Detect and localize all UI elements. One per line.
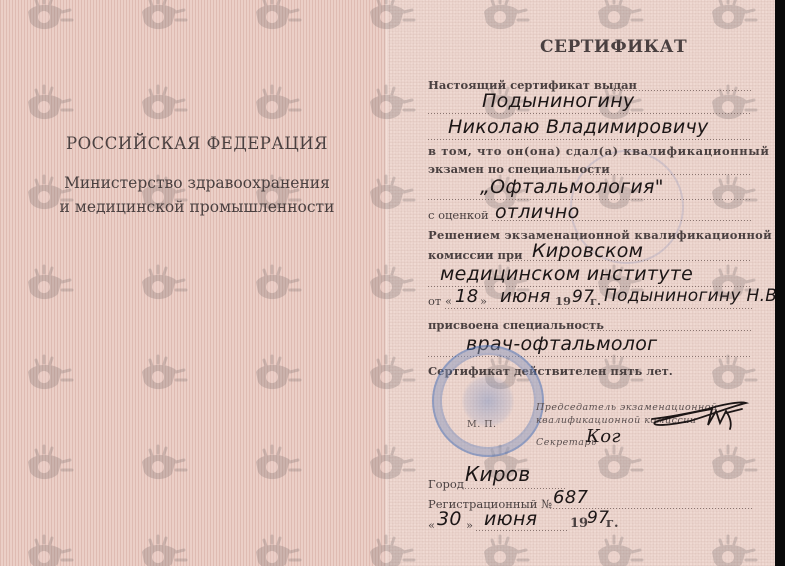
- city-value: Киров: [465, 462, 530, 486]
- date-mid: »: [480, 294, 487, 308]
- city-label: Город: [428, 477, 464, 491]
- dotted-line: [445, 308, 752, 309]
- institution-line-1: Кировском: [532, 240, 643, 262]
- assigned-label: присвоена специальность: [428, 318, 604, 332]
- dotted-line: [428, 199, 752, 200]
- dotted-line: [588, 330, 752, 331]
- issue-date-close: »: [466, 518, 473, 532]
- stamp-place-label: М. П.: [467, 419, 497, 430]
- decision-year-g: г.: [590, 294, 601, 308]
- recipient-short-name: Подыниногину Н.В.: [604, 286, 775, 306]
- issue-day: 30: [437, 508, 462, 530]
- issue-date-open: «: [428, 518, 435, 532]
- dotted-line: [590, 174, 752, 175]
- dotted-line: [512, 260, 752, 261]
- recipient-name-patronymic: Николаю Владимировичу: [448, 116, 709, 138]
- registration-number: 687: [553, 487, 588, 508]
- left-header: РОССИЙСКАЯ ФЕДЕРАЦИЯ Министерство здраво…: [0, 134, 388, 219]
- dotted-line: [550, 508, 752, 509]
- decision-day: 18: [455, 286, 479, 307]
- recipient-surname: Подыниногину: [482, 90, 634, 112]
- official-stamp: [432, 345, 544, 457]
- left-page: [0, 0, 388, 566]
- scan-border: [775, 0, 785, 566]
- country-name: РОССИЙСКАЯ ФЕДЕРАЦИЯ: [0, 134, 388, 153]
- institution-line-2: медицинском институте: [440, 263, 693, 285]
- passed-exam-text: в том, что он(она) сдал(а) квалификацион…: [428, 144, 770, 158]
- ministry-line-1: Министерство здравоохранения: [0, 171, 388, 195]
- dotted-line: [428, 139, 752, 140]
- certificate-spread: РОССИЙСКАЯ ФЕДЕРАЦИЯ Министерство здраво…: [0, 0, 775, 566]
- grade-label: с оценкой: [428, 208, 489, 222]
- dotted-line: [476, 530, 568, 531]
- specialty-exam-label: экзамен по специальности: [428, 162, 610, 176]
- exam-specialty: „Офтальмология": [480, 176, 664, 198]
- dotted-line: [492, 220, 752, 221]
- decision-month: июня: [500, 286, 551, 307]
- dotted-line: [428, 113, 752, 114]
- issue-year-prefix: 19: [570, 516, 588, 531]
- page-fold: [384, 0, 390, 566]
- issue-year-g: г.: [606, 516, 619, 531]
- issue-month: июня: [484, 508, 537, 530]
- date-prefix: от «: [428, 294, 452, 308]
- decision-year-prefix: 19: [555, 294, 571, 308]
- certificate-title: СЕРТИФИКАТ: [540, 37, 687, 57]
- ministry-line-2: и медицинской промышленности: [0, 195, 388, 219]
- secretary-signature: Ког: [586, 426, 621, 447]
- commission-label: комиссии при: [428, 248, 523, 262]
- chairman-signature: [650, 395, 750, 435]
- dotted-line: [462, 488, 566, 489]
